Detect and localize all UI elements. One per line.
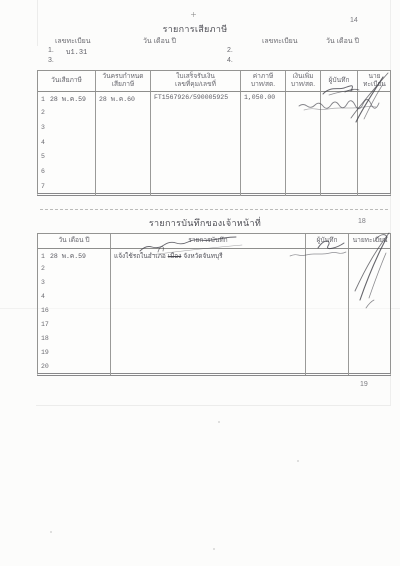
date-label-2: วัน เดือน ปี: [326, 36, 359, 47]
scan-speck: [297, 460, 299, 462]
table-row: 20: [38, 361, 390, 375]
item-1-number: 1.: [48, 47, 54, 54]
item-1-registration: บ1.31: [66, 47, 87, 58]
reg-number-label-1: เลขทะเบียน: [55, 36, 91, 47]
header-receipt: ใบเสร็จรับเงินเลขที่คุม/เลขที่: [151, 71, 241, 91]
table-row: 6: [38, 166, 390, 181]
perforation-line: [40, 209, 388, 210]
table-row: 3: [38, 122, 390, 137]
header-registrar: นายทะเบียน: [349, 234, 391, 248]
date-label-1: วัน เดือน ปี: [143, 36, 176, 47]
table-row: 19: [38, 347, 390, 361]
header-tax-date: วันเสียภาษี: [38, 71, 96, 91]
page-number-middle: 18: [358, 218, 366, 225]
table-row: 3: [38, 277, 390, 291]
officer-table: วัน เดือน ปี รายการบันทึก ผู้บันทึก นายท…: [37, 233, 391, 376]
scan-speck: [213, 548, 215, 550]
table-row: 4: [38, 137, 390, 152]
table-row: 16: [38, 305, 390, 319]
reg-number-label-2: เลขทะเบียน: [262, 36, 298, 47]
table-row: 2: [38, 263, 390, 277]
table-row: 7: [38, 181, 390, 196]
scanned-document-page: 14 รายการเสียภาษี เลขทะเบียน วัน เดือน ป…: [0, 0, 400, 566]
table-row: 18: [38, 333, 390, 347]
scan-edge-left: [37, 0, 38, 46]
table-row: 17: [38, 319, 390, 333]
tax-section-title: รายการเสียภาษี: [135, 22, 255, 36]
header-record: รายการบันทึก: [111, 234, 306, 248]
tax-table: วันเสียภาษี วันครบกำหนดเสียภาษี ใบเสร็จร…: [37, 70, 391, 196]
header-tax-amount: ค่าภาษีบาท/สต.: [241, 71, 286, 91]
header-surcharge: เงินเพิ่มบาท/สต.: [286, 71, 321, 91]
tax-table-header: วันเสียภาษี วันครบกำหนดเสียภาษี ใบเสร็จร…: [38, 71, 390, 92]
page-number-top: 14: [350, 17, 358, 24]
table-row: 4: [38, 291, 390, 305]
table-row: 2: [38, 107, 390, 122]
header-recorder: ผู้บันทึก: [306, 234, 349, 248]
table-row: 128 พ.ค.59 28 พ.ค.60 FT1567926/590005925…: [38, 92, 390, 107]
item-2-number: 2.: [227, 47, 233, 54]
header-registrar: นายทะเบียน: [358, 71, 391, 91]
scan-speck: [218, 421, 220, 423]
scan-mark-cross: [191, 12, 196, 17]
item-4-number: 4.: [227, 57, 233, 64]
table-row: 128 พ.ค.59 แจ้งใช้รถในอำเภอเมืองจังหวัดจ…: [38, 249, 390, 263]
table-row: 5: [38, 151, 390, 166]
item-3-number: 3.: [48, 57, 54, 64]
officer-table-header: วัน เดือน ปี รายการบันทึก ผู้บันทึก นายท…: [38, 234, 390, 249]
scan-speck: [50, 531, 52, 533]
officer-section-title: รายการบันทึกของเจ้าหน้าที่: [125, 216, 285, 230]
header-date: วัน เดือน ปี: [38, 234, 111, 248]
page-number-bottom: 19: [360, 381, 368, 388]
header-due-date: วันครบกำหนดเสียภาษี: [96, 71, 151, 91]
scan-edge-bottom: [36, 405, 391, 406]
header-recorder: ผู้บันทึก: [321, 71, 358, 91]
